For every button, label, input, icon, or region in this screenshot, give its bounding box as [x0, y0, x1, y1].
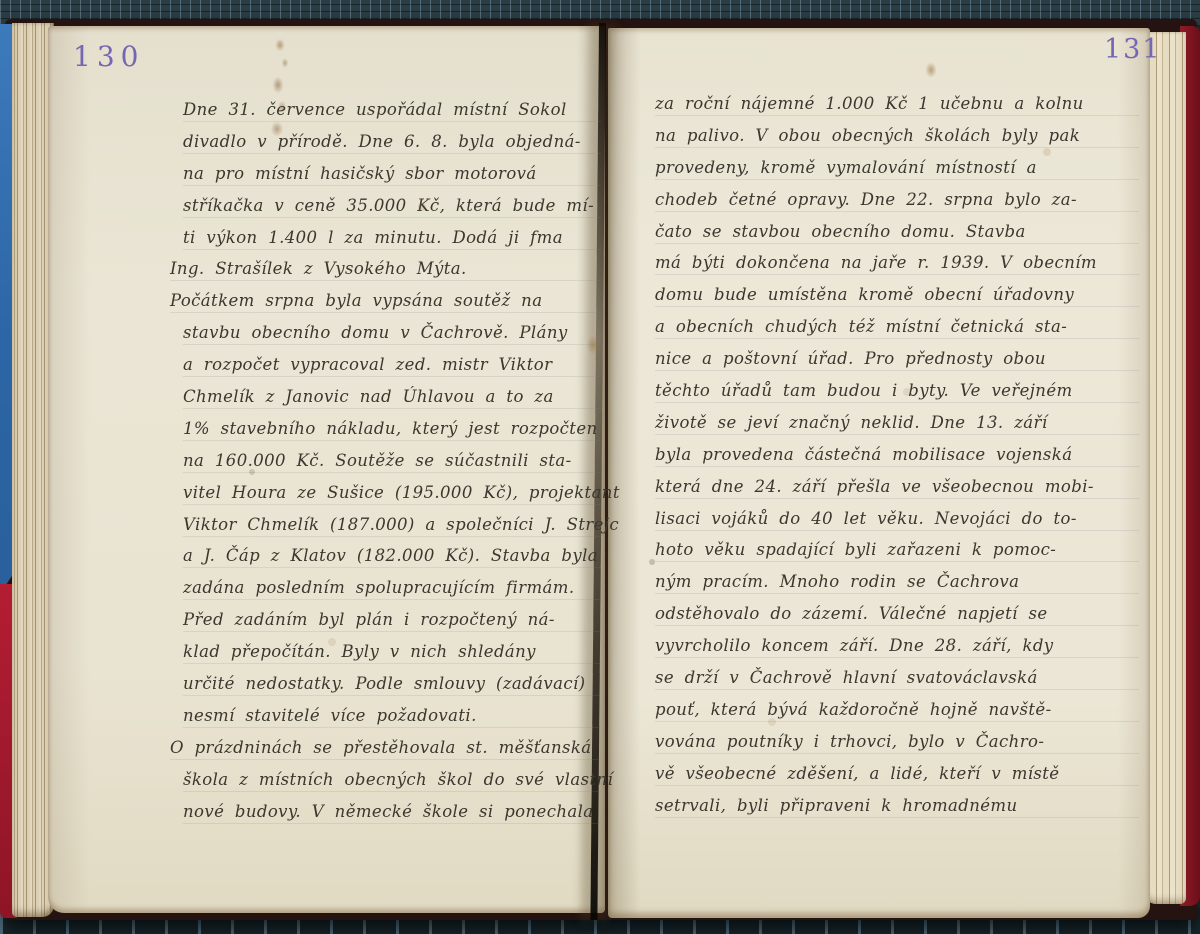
- handwritten-line: provedeny, kromě vymalování místností a: [655, 152, 1139, 184]
- handwritten-line: škola z místních obecných škol do své vl…: [183, 764, 601, 796]
- handwritten-line: a obecních chudých též místní četnická s…: [655, 311, 1139, 343]
- handwritten-line: na pro místní hasičský sbor motorová: [183, 158, 601, 190]
- handwritten-line: na palivo. V obou obecných školách byly …: [655, 120, 1139, 152]
- handwritten-line: setrvali, byli připraveni k hromadnému: [655, 790, 1139, 822]
- page-number-130: 130: [73, 40, 144, 73]
- page-edges-right-stack: [1144, 32, 1186, 904]
- handwritten-line: Počátkem srpna byla vypsána soutěž na: [170, 285, 601, 317]
- handwritten-line: hoto věku spadající byli zařazeni k pomo…: [655, 534, 1139, 566]
- handwritten-line: vitel Houra ze Sušice (195.000 Kč), proj…: [183, 477, 601, 509]
- handwritten-line: vyvrcholilo koncem září. Dne 28. září, k…: [655, 630, 1139, 662]
- handwritten-line: stavbu obecního domu v Čachrově. Plány: [183, 317, 601, 349]
- handwritten-line: životě se jeví značný neklid. Dne 13. zá…: [655, 407, 1139, 439]
- handwritten-line: na 160.000 Kč. Soutěže se súčastnili sta…: [183, 445, 601, 477]
- handwritten-line: nové budovy. V německé škole si ponechal…: [183, 796, 601, 828]
- handwritten-line: Před zadáním byl plán i rozpočtený ná-: [183, 604, 601, 636]
- handwritten-line: O prázdninách se přestěhovala st. měšťan…: [170, 732, 601, 764]
- handwritten-line: která dne 24. září přešla ve všeobecnou …: [655, 471, 1139, 503]
- handwritten-line: ti výkon 1.400 l za minutu. Dodá ji fma: [183, 222, 601, 254]
- right-page-handwriting: za roční nájemné 1.000 Kč 1 učebnu a kol…: [655, 88, 1139, 821]
- page-number-131: 131: [1104, 34, 1162, 65]
- handwritten-line: odstěhovalo do zázemí. Válečné napjetí s…: [655, 598, 1139, 630]
- handwritten-line: nice a poštovní úřad. Pro přednosty obou: [655, 343, 1139, 375]
- handwritten-line: stříkačka v ceně 35.000 Kč, která bude m…: [183, 190, 601, 222]
- handwritten-line: zadána posledním spolupracujícím firmám.: [183, 572, 601, 604]
- handwritten-line: Chmelík z Janovic nad Úhlavou a to za: [183, 381, 601, 413]
- handwritten-line: 1% stavebního nákladu, který jest rozpoč…: [183, 413, 601, 445]
- handwritten-line: za roční nájemné 1.000 Kč 1 učebnu a kol…: [655, 88, 1139, 120]
- handwritten-line: Ing. Strašílek z Vysokého Mýta.: [170, 253, 601, 285]
- handwritten-line: vována poutníky i trhovci, bylo v Čachro…: [655, 726, 1139, 758]
- handwritten-line: ným pracím. Mnoho rodin se Čachrova: [655, 566, 1139, 598]
- handwritten-line: a rozpočet vypracoval zed. mistr Viktor: [183, 349, 601, 381]
- handwritten-line: byla provedena částečná mobilisace vojen…: [655, 439, 1139, 471]
- handwritten-line: určité nedostatky. Podle smlouvy (zadáva…: [183, 668, 601, 700]
- left-page-handwriting: Dne 31. července uspořádal místní Sokold…: [183, 94, 601, 827]
- handwritten-line: se drží v Čachrově hlavní svatováclavská: [655, 662, 1139, 694]
- handwritten-line: lisaci vojáků do 40 let věku. Nevojáci d…: [655, 503, 1139, 535]
- handwritten-line: vě všeobecné zděšení, a lidé, kteří v mí…: [655, 758, 1139, 790]
- handwritten-line: čato se stavbou obecního domu. Stavba: [655, 216, 1139, 248]
- handwritten-line: má býti dokončena na jaře r. 1939. V obe…: [655, 247, 1139, 279]
- handwritten-line: klad přepočítán. Byly v nich shledány: [183, 636, 601, 668]
- handwritten-line: Dne 31. července uspořádal místní Sokol: [183, 94, 601, 126]
- handwritten-line: chodeb četné opravy. Dne 22. srpna bylo …: [655, 184, 1139, 216]
- handwritten-line: divadlo v přírodě. Dne 6. 8. byla objedn…: [183, 126, 601, 158]
- handwritten-line: pouť, která bývá každoročně hojně navště…: [655, 694, 1139, 726]
- handwritten-line: domu bude umístěna kromě obecní úřadovny: [655, 279, 1139, 311]
- handwritten-line: Viktor Chmelík (187.000) a společníci J.…: [183, 509, 601, 541]
- handwritten-line: těchto úřadů tam budou i byty. Ve veřejn…: [655, 375, 1139, 407]
- handwritten-line: nesmí stavitelé více požadovati.: [183, 700, 601, 732]
- handwritten-line: a J. Čáp z Klatov (182.000 Kč). Stavba b…: [183, 540, 601, 572]
